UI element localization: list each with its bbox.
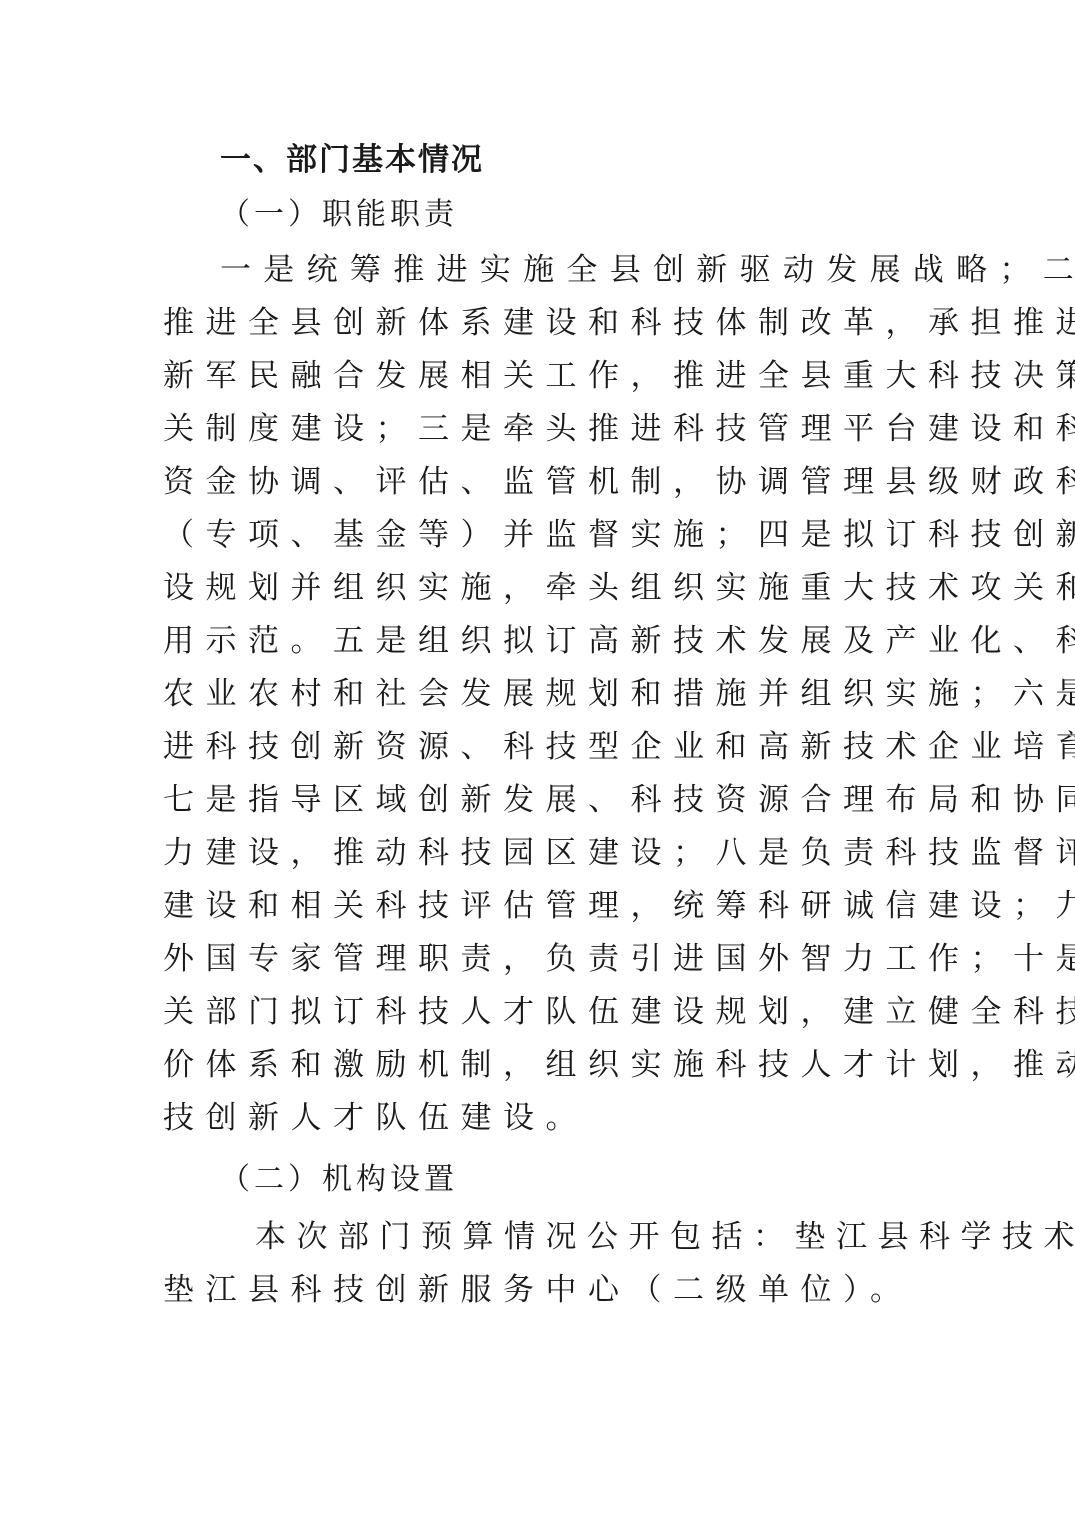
paragraph-line: （专项、基金等）并监督实施；四是拟订科技创新基地建 [163,515,893,555]
paragraph-line: 七是指导区域创新发展、科技资源合理布局和协同创新能 [163,780,893,820]
paragraph-line: 力建设，推动科技园区建设；八是负责科技监督评价体系 [163,833,893,873]
paragraph-line: 价体系和激励机制，组织实施科技人才计划，推动高端科 [163,1045,893,1085]
subsection-title-organization: （二）机构设置 [220,1160,458,1200]
paragraph-line: 本次部门预算情况公开包括：垫江县科学技术局、 [255,1217,895,1257]
paragraph-line: 关部门拟订科技人才队伍建设规划，建立健全科技人才评 [163,992,893,1032]
paragraph-line: 设规划并组织实施，牵头组织实施重大技术攻关和成果应 [163,568,893,608]
paragraph-line: 外国专家管理职责，负责引进国外智力工作；十是会同有 [163,939,893,979]
paragraph-line: 推进全县创新体系建设和科技体制改革，承担推进科技创 [163,303,893,343]
paragraph-line: 进科技创新资源、科技型企业和高新技术企业培育工作； [163,727,893,767]
paragraph-line: 技创新人才队伍建设。 [163,1098,893,1138]
paragraph-line: 新军民融合发展相关工作，推进全县重大科技决策咨询相 [163,356,893,396]
subsection-title-functions: （一）职能职责 [220,195,458,235]
paragraph-line: 资金协调、评估、监管机制，协调管理县级财政科技计划 [163,462,893,502]
paragraph-line: 建设和相关科技评估管理，统筹科研诚信建设；九是承担 [163,886,893,926]
paragraph-line: 关制度建设；三是牵头推进科技管理平台建设和科研项目 [163,409,893,449]
paragraph-line: 用示范。五是组织拟订高新技术发展及产业化、科技促进 [163,621,893,661]
paragraph-line: 垫江县科技创新服务中心（二级单位）。 [163,1270,893,1310]
paragraph-line: 农业农村和社会发展规划和措施并组织实施；六是承担引 [163,674,893,714]
paragraph-line: 一是统筹推进实施全县创新驱动发展战略；二是统筹 [220,250,900,290]
section-title: 一、部门基本情况 [220,140,484,180]
document-page: 一、部门基本情况 （一）职能职责 一是统筹推进实施全县创新驱动发展战略；二是统筹… [0,0,1075,1521]
